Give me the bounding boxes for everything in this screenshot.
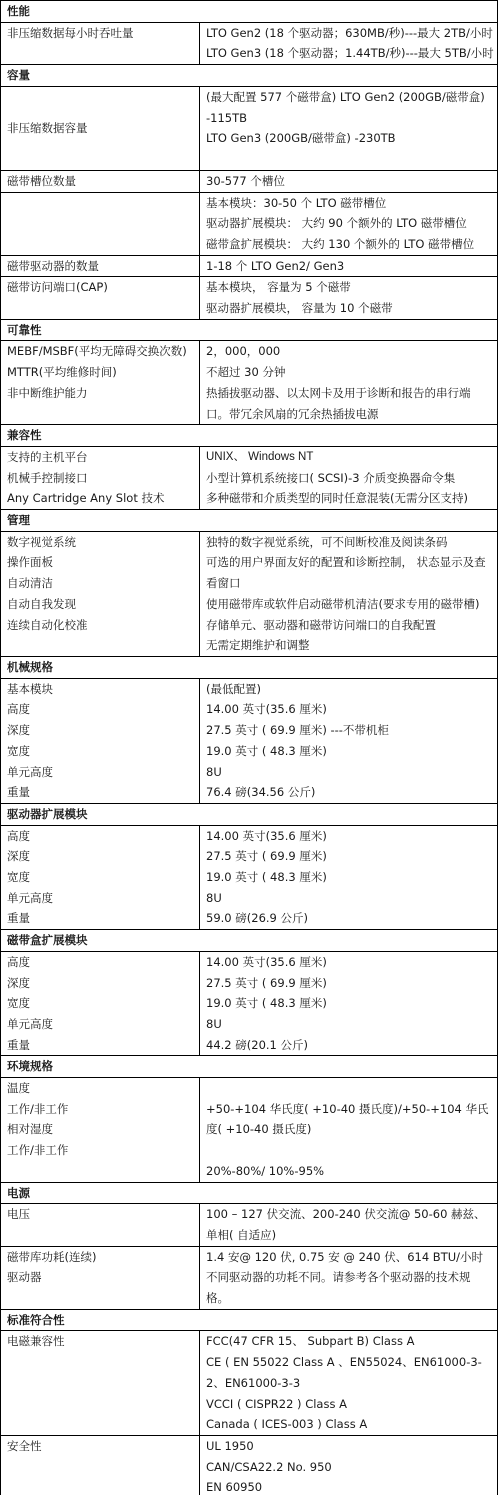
- label-text: 自动自我发现: [7, 594, 193, 615]
- value-line: 30-577 个槽位: [206, 171, 491, 192]
- label-text: 单元高度: [7, 762, 193, 783]
- value-line: -115TB: [206, 108, 491, 129]
- value-line: 27.5 英寸 ( 69.9 厘米): [206, 846, 491, 867]
- section-header-compatibility: 兼容性: [1, 425, 498, 447]
- value-line: LTO Gen2 (18 个驱动器；630MB/秒)---最大 2TB/小时: [206, 23, 491, 44]
- label-text: 机械手控制接口: [7, 468, 193, 489]
- spec-label: 磁带库功耗(连续) 驱动器: [1, 1246, 200, 1309]
- value-line: UL 1950: [206, 1436, 491, 1457]
- spacer: [7, 1161, 193, 1182]
- value-line: 19.0 英寸 ( 48.3 厘米): [206, 867, 491, 888]
- spec-value: UL 1950 CAN/CSA22.2 No. 950 EN 60950: [200, 1435, 498, 1495]
- spec-value: 基本模块：30-50 个 LTO 磁带槽位 驱动器扩展模块： 大约 90 个额外…: [200, 192, 498, 255]
- section-header-management: 管理: [1, 510, 498, 532]
- table-row: 磁带库功耗(连续) 驱动器 1.4 安@ 120 伏, 0.75 安 @ 240…: [1, 1246, 498, 1309]
- label-text: 温度: [7, 1078, 193, 1099]
- value-line: 8U: [206, 888, 491, 909]
- label-text: 宽度: [7, 741, 193, 762]
- spec-label: 高度 深度 宽度 单元高度 重量: [1, 825, 200, 930]
- value-line: 19.0 英寸 ( 48.3 厘米): [206, 993, 491, 1014]
- section-title: 磁带盒扩展模块: [1, 930, 498, 952]
- label-text: 工作/非工作: [7, 1140, 193, 1161]
- value-line: 不超过 30 分钟: [206, 362, 491, 383]
- table-row: 基本模块：30-50 个 LTO 磁带槽位 驱动器扩展模块： 大约 90 个额外…: [1, 192, 498, 255]
- spec-value: UNIX、 Windows NT 小型计算机系统接口( SCSI)-3 介质变换…: [200, 446, 498, 509]
- label-text: 重量: [7, 1035, 193, 1056]
- table-row: 数字视觉系统 操作面板 自动清洁 自动自我发现 连续自动化校准 独特的数字视觉系…: [1, 531, 498, 656]
- section-title: 电源: [1, 1182, 498, 1204]
- section-header-capacity: 容量: [1, 65, 498, 87]
- spec-value: +50-+104 华氏度( +10-40 摄氏度)/+50-+104 华氏度( …: [200, 1078, 498, 1183]
- label-text: 磁带槽位数量: [7, 171, 193, 192]
- label-text: 高度: [7, 826, 193, 847]
- section-title: 管理: [1, 510, 498, 532]
- value-line: 1.4 安@ 120 伏, 0.75 安 @ 240 伏、614 BTU/小时: [206, 1247, 491, 1268]
- spec-document: 性能 非压缩数据每小时吞吐量 LTO Gen2 (18 个驱动器；630MB/秒…: [0, 0, 498, 1495]
- section-header-standards: 标准符合性: [1, 1309, 498, 1331]
- spec-value: 14.00 英寸(35.6 厘米) 27.5 英寸 ( 69.9 厘米) 19.…: [200, 825, 498, 930]
- value-line: UNIX、 Windows NT: [206, 447, 491, 468]
- table-row: 非压缩数据容量 (最大配置 577 个磁带盒) LTO Gen2 (200GB/…: [1, 86, 498, 170]
- label-text: 相对湿度: [7, 1119, 193, 1140]
- table-row: 电磁兼容性 FCC(47 CFR 15、 Subpart B) Class A …: [1, 1331, 498, 1436]
- value-line: (最低配置): [206, 679, 491, 700]
- section-title: 驱动器扩展模块: [1, 803, 498, 825]
- value-line: (最大配置 577 个磁带盒) LTO Gen2 (200GB/磁带盒): [206, 87, 491, 108]
- label-text: 深度: [7, 973, 193, 994]
- section-title: 机械规格: [1, 656, 498, 678]
- value-line: 20%-80%/ 10%-95%: [206, 1161, 491, 1182]
- label-text: 电压: [7, 1204, 193, 1225]
- value-line: 27.5 英寸 ( 69.9 厘米): [206, 973, 491, 994]
- section-title: 标准符合性: [1, 1309, 498, 1331]
- spec-value: LTO Gen2 (18 个驱动器；630MB/秒)---最大 2TB/小时 L…: [200, 22, 498, 64]
- spec-label: 非压缩数据每小时吞吐量: [1, 22, 200, 64]
- spec-label: 支持的主机平台 机械手控制接口 Any Cartridge Any Slot 技…: [1, 446, 200, 509]
- section-title: 容量: [1, 65, 498, 87]
- spec-value: FCC(47 CFR 15、 Subpart B) Class A CE ( E…: [200, 1331, 498, 1436]
- section-title: 环境规格: [1, 1056, 498, 1078]
- value-line: 多种磁带和介质类型的同时任意混装(无需分区支持): [206, 488, 491, 509]
- section-title: 性能: [1, 1, 498, 23]
- section-title: 兼容性: [1, 425, 498, 447]
- table-row: 非压缩数据每小时吞吐量 LTO Gen2 (18 个驱动器；630MB/秒)--…: [1, 22, 498, 64]
- label-text: 磁带驱动器的数量: [7, 256, 193, 277]
- label-text: 高度: [7, 952, 193, 973]
- label-text: MTTR(平均维修时间): [7, 362, 193, 383]
- section-header-environment: 环境规格: [1, 1056, 498, 1078]
- value-line: 59.0 磅(26.9 公斤): [206, 908, 491, 929]
- table-row: 温度 工作/非工作 相对湿度 工作/非工作 +50-+104 华氏度( +10-…: [1, 1078, 498, 1183]
- label-text: MEBF/MSBF(平均无障碍交换次数): [7, 341, 193, 362]
- table-row: 磁带访问端口(CAP) 基本模块， 容量为 5 个磁带 驱动器扩展模块， 容量为…: [1, 277, 498, 319]
- table-row: 高度 深度 宽度 单元高度 重量 14.00 英寸(35.6 厘米) 27.5 …: [1, 825, 498, 930]
- label-text: 支持的主机平台: [7, 447, 193, 468]
- spec-value: 1.4 安@ 120 伏, 0.75 安 @ 240 伏、614 BTU/小时 …: [200, 1246, 498, 1309]
- label-text: 高度: [7, 699, 193, 720]
- table-row: 高度 深度 宽度 单元高度 重量 14.00 英寸(35.6 厘米) 27.5 …: [1, 951, 498, 1056]
- label-text: 非压缩数据每小时吞吐量: [7, 23, 193, 44]
- spec-value: (最大配置 577 个磁带盒) LTO Gen2 (200GB/磁带盒) -11…: [200, 86, 498, 170]
- value-line: EN 60950: [206, 1477, 491, 1495]
- value-line: 基本模块， 容量为 5 个磁带: [206, 277, 491, 298]
- label-text: 操作面板: [7, 552, 193, 573]
- label-text: 重量: [7, 908, 193, 929]
- value-line: LTO Gen3 (18 个驱动器；1.44TB/秒)---最大 5TB/小时: [206, 43, 491, 64]
- value-line: 8U: [206, 762, 491, 783]
- table-row: 磁带驱动器的数量 1-18 个 LTO Gen2/ Gen3: [1, 255, 498, 277]
- spec-label: 磁带槽位数量: [1, 170, 200, 192]
- spec-label: 基本模块 高度 深度 宽度 单元高度 重量: [1, 678, 200, 803]
- value-line: 14.00 英寸(35.6 厘米): [206, 699, 491, 720]
- value-line: 1-18 个 LTO Gen2/ Gen3: [206, 256, 491, 277]
- table-row: MEBF/MSBF(平均无障碍交换次数) MTTR(平均维修时间) 非中断维护能…: [1, 341, 498, 425]
- spec-table: 性能 非压缩数据每小时吞吐量 LTO Gen2 (18 个驱动器；630MB/秒…: [0, 0, 498, 1495]
- spacer: [206, 1078, 491, 1099]
- label-text: 安全性: [7, 1436, 193, 1457]
- value-line: 76.4 磅(34.56 公斤): [206, 782, 491, 803]
- label-text: 非压缩数据容量: [7, 118, 193, 139]
- label-text: 驱动器: [7, 1267, 193, 1288]
- value-line: 驱动器扩展模块： 大约 90 个额外的 LTO 磁带槽位: [206, 213, 491, 234]
- value-line: 基本模块：30-50 个 LTO 磁带槽位: [206, 193, 491, 214]
- spec-label: [1, 192, 200, 255]
- value-line: 热插拔驱动器、以太网卡及用于诊断和报告的串行端口。带冗余风扇的冗余热插拔电源: [206, 383, 491, 424]
- section-header-power: 电源: [1, 1182, 498, 1204]
- spec-value: 100 – 127 伏交流、200-240 伏交流@ 50-60 赫兹、单相( …: [200, 1204, 498, 1246]
- value-line: 独特的数字视觉系统，可不间断校准及阅读条码: [206, 532, 491, 553]
- value-line: 存储单元、驱动器和磁带访问端口的自我配置: [206, 615, 491, 636]
- value-line: FCC(47 CFR 15、 Subpart B) Class A: [206, 1331, 491, 1352]
- value-line: 驱动器扩展模块， 容量为 10 个磁带: [206, 298, 491, 319]
- table-row: 电压 100 – 127 伏交流、200-240 伏交流@ 50-60 赫兹、单…: [1, 1204, 498, 1246]
- label-text: 重量: [7, 782, 193, 803]
- value-line: VCCI ( CISPR22 ) Class A: [206, 1394, 491, 1415]
- spec-value: 独特的数字视觉系统，可不间断校准及阅读条码 可选的用户界面友好的配置和诊断控制，…: [200, 531, 498, 656]
- label-text: 宽度: [7, 993, 193, 1014]
- spec-label: MEBF/MSBF(平均无障碍交换次数) MTTR(平均维修时间) 非中断维护能…: [1, 341, 200, 425]
- label-text: 基本模块: [7, 679, 193, 700]
- spec-label: 磁带访问端口(CAP): [1, 277, 200, 319]
- label-text: 单元高度: [7, 888, 193, 909]
- table-row: 支持的主机平台 机械手控制接口 Any Cartridge Any Slot 技…: [1, 446, 498, 509]
- spec-label: 安全性: [1, 1435, 200, 1495]
- label-text: 单元高度: [7, 1014, 193, 1035]
- spec-value: 14.00 英寸(35.6 厘米) 27.5 英寸 ( 69.9 厘米) 19.…: [200, 951, 498, 1056]
- section-header-cartridge-expansion: 磁带盒扩展模块: [1, 930, 498, 952]
- spacer: [206, 1140, 491, 1161]
- label-text: 磁带库功耗(连续): [7, 1247, 193, 1268]
- value-line: 19.0 英寸 ( 48.3 厘米): [206, 741, 491, 762]
- value-line: 100 – 127 伏交流、200-240 伏交流@ 50-60 赫兹、单相( …: [206, 1204, 491, 1245]
- label-text: 工作/非工作: [7, 1099, 193, 1120]
- spec-label: 高度 深度 宽度 单元高度 重量: [1, 951, 200, 1056]
- value-line: 磁带盒扩展模块： 大约 130 个额外的 LTO 磁带槽位: [206, 234, 491, 255]
- spec-label: 电压: [1, 1204, 200, 1246]
- label-text: 自动清洁: [7, 573, 193, 594]
- value-line: 14.00 英寸(35.6 厘米): [206, 952, 491, 973]
- value-line: 不同驱动器的功耗不同。请参考各个驱动器的技术规格。: [206, 1267, 491, 1308]
- value-line: 小型计算机系统接口( SCSI)-3 介质变换器命令集: [206, 468, 491, 489]
- value-line: +50-+104 华氏度( +10-40 摄氏度)/+50-+104 华氏度( …: [206, 1099, 491, 1140]
- label-text: 磁带访问端口(CAP): [7, 277, 193, 298]
- value-line: Canada ( ICES-003 ) Class A: [206, 1414, 491, 1435]
- spec-value: 1-18 个 LTO Gen2/ Gen3: [200, 255, 498, 277]
- label-text: 深度: [7, 720, 193, 741]
- value-line: 44.2 磅(20.1 公斤): [206, 1035, 491, 1056]
- spec-value: 30-577 个槽位: [200, 170, 498, 192]
- value-line: 可选的用户界面友好的配置和诊断控制， 状态显示及查看窗口: [206, 552, 491, 593]
- spec-value: 基本模块， 容量为 5 个磁带 驱动器扩展模块， 容量为 10 个磁带: [200, 277, 498, 319]
- label-text: 数字视觉系统: [7, 532, 193, 553]
- table-row: 基本模块 高度 深度 宽度 单元高度 重量 (最低配置) 14.00 英寸(35…: [1, 678, 498, 803]
- value-line: 无需定期维护和调整: [206, 635, 491, 656]
- section-header-reliability: 可靠性: [1, 319, 498, 341]
- spec-label: 电磁兼容性: [1, 1331, 200, 1436]
- table-row: 安全性 UL 1950 CAN/CSA22.2 No. 950 EN 60950: [1, 1435, 498, 1495]
- section-header-mechanical: 机械规格: [1, 656, 498, 678]
- spec-label: 温度 工作/非工作 相对湿度 工作/非工作: [1, 1078, 200, 1183]
- section-title: 可靠性: [1, 319, 498, 341]
- section-header-drive-expansion: 驱动器扩展模块: [1, 803, 498, 825]
- label-text: 非中断维护能力: [7, 383, 193, 404]
- value-line: 14.00 英寸(35.6 厘米): [206, 826, 491, 847]
- value-line: LTO Gen3 (200GB/磁带盒) -230TB: [206, 128, 491, 149]
- value-line: CE ( EN 55022 Class A 、EN55024、EN61000-3…: [206, 1352, 491, 1393]
- label-text: 宽度: [7, 867, 193, 888]
- label-text: 电磁兼容性: [7, 1331, 193, 1352]
- spec-label: 磁带驱动器的数量: [1, 255, 200, 277]
- table-row: 磁带槽位数量 30-577 个槽位: [1, 170, 498, 192]
- label-text: 连续自动化校准: [7, 615, 193, 636]
- value-line: 27.5 英寸 ( 69.9 厘米) ---不带机柜: [206, 720, 491, 741]
- value-line: 2，000，000: [206, 341, 491, 362]
- value-line: 使用磁带库或软件启动磁带机清洁(要求专用的磁带槽): [206, 594, 491, 615]
- spec-label: 非压缩数据容量: [1, 86, 200, 170]
- value-line: 8U: [206, 1014, 491, 1035]
- spec-label: 数字视觉系统 操作面板 自动清洁 自动自我发现 连续自动化校准: [1, 531, 200, 656]
- spec-value: 2，000，000 不超过 30 分钟 热插拔驱动器、以太网卡及用于诊断和报告的…: [200, 341, 498, 425]
- label-text: Any Cartridge Any Slot 技术: [7, 488, 193, 509]
- label-text: 深度: [7, 846, 193, 867]
- section-header-performance: 性能: [1, 1, 498, 23]
- value-line: CAN/CSA22.2 No. 950: [206, 1457, 491, 1478]
- spec-value: (最低配置) 14.00 英寸(35.6 厘米) 27.5 英寸 ( 69.9 …: [200, 678, 498, 803]
